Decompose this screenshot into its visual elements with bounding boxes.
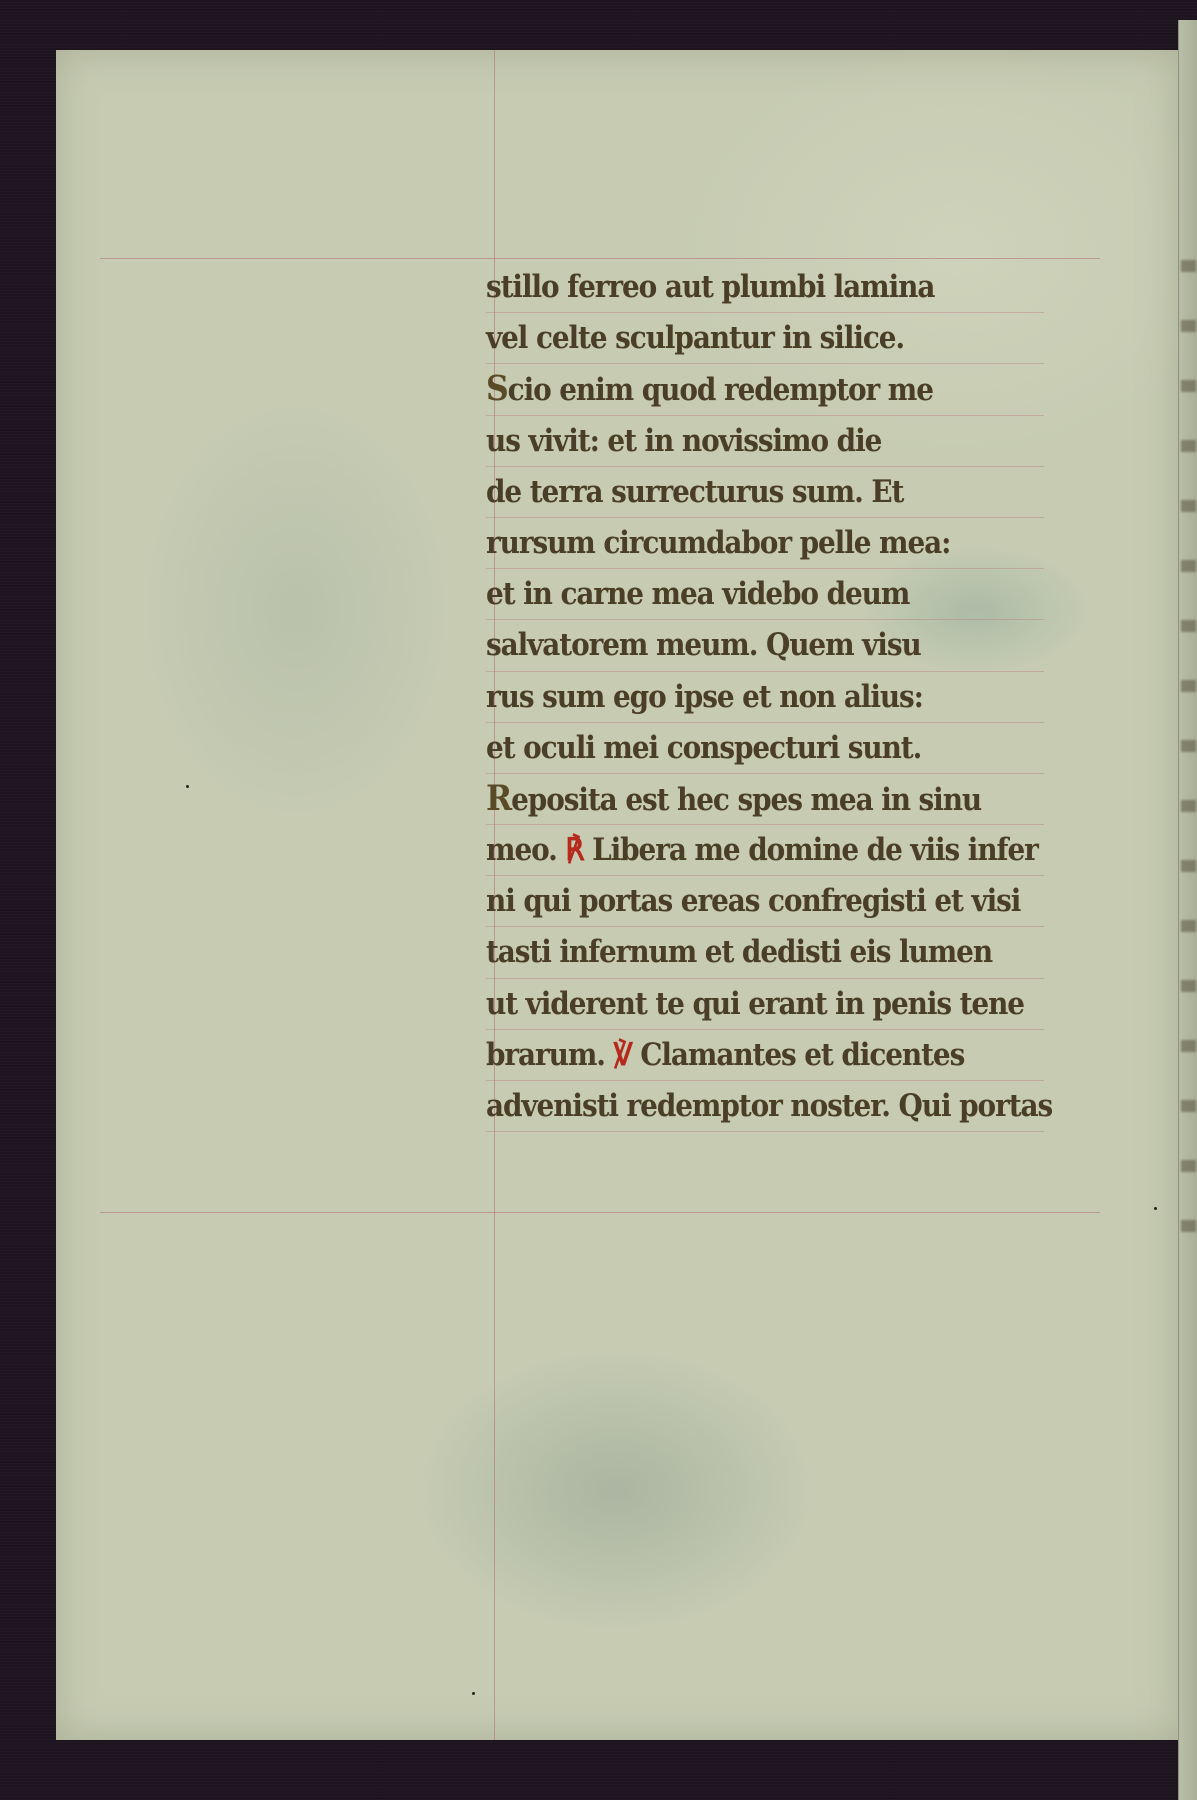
text-line: ut viderent te qui erant in penis tene [486, 979, 1044, 1030]
text-line: rursum circumdabor pelle mea: [486, 518, 1044, 569]
ink-speck [472, 1692, 475, 1695]
decorated-initial: S [486, 368, 508, 409]
adjacent-leaf-edge [1178, 20, 1197, 1800]
versicle-symbol: ℣ [614, 1037, 632, 1073]
text-line: tasti infernum et dedisti eis lumen [486, 927, 1044, 978]
ruling-bottom [100, 1212, 1100, 1213]
text-line: et oculi mei conspecturi sunt. [486, 723, 1044, 774]
text-line: salvatorem meum. Quem visu [486, 620, 1044, 671]
text-block: stillo ferreo aut plumbi lamina vel celt… [486, 262, 1106, 1132]
ink-speck [1154, 1207, 1157, 1210]
text-line: Scio enim quod redemptor me [486, 364, 1044, 415]
ruling-top [100, 258, 1100, 259]
text-line: advenisti redemptor noster. Qui portas [486, 1081, 1044, 1132]
text-line: et in carne mea videbo deum [486, 569, 1044, 620]
text-line: us vivit: et in novissimo die [486, 416, 1044, 467]
responsory-symbol: ℟ [565, 832, 583, 868]
text-line: stillo ferreo aut plumbi lamina [486, 262, 1044, 313]
text-line: vel celte sculpantur in silice. [486, 313, 1044, 364]
text-line: meo. ℟ Libera me domine de viis infer [486, 825, 1044, 876]
ink-speck [186, 785, 189, 788]
text-line: brarum. ℣ Clamantes et dicentes [486, 1030, 1044, 1081]
text-line: Reposita est hec spes mea in sinu [486, 774, 1044, 825]
text-line: rus sum ego ipse et non alius: [486, 672, 1044, 723]
text-line: de terra surrecturus sum. Et [486, 467, 1044, 518]
decorated-initial: R [486, 778, 511, 819]
text-line: ni qui portas ereas confregisti et visi [486, 876, 1044, 927]
